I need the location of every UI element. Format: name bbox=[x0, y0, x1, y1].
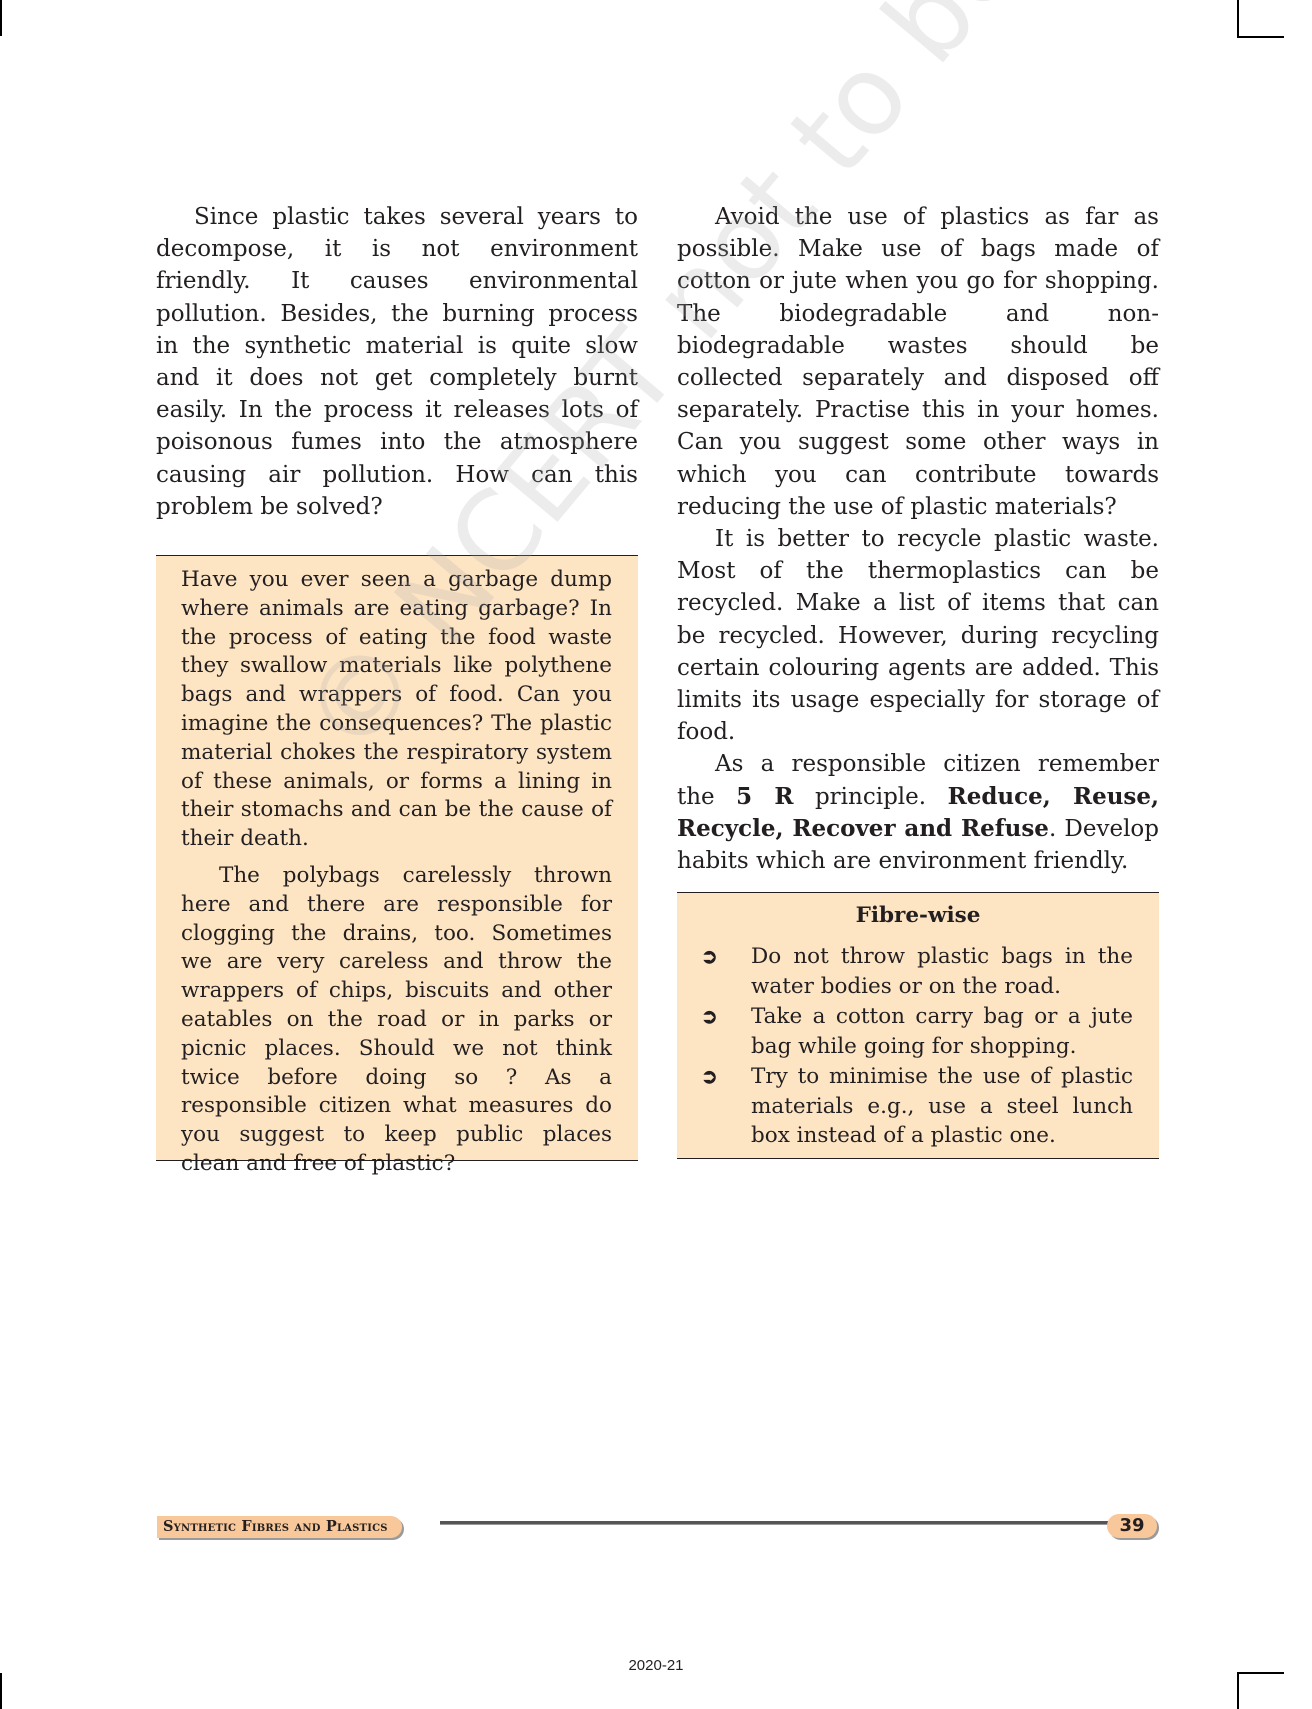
list-item-text: Take a cotton carry bag or a jute bag wh… bbox=[751, 1004, 1133, 1059]
list-item-text: Do not throw plastic bags in the water b… bbox=[751, 944, 1133, 999]
garbage-dump-box: Have you ever seen a garbage dump where … bbox=[156, 555, 638, 1161]
fibre-wise-box: Fibre-wise ➲Do not throw plastic bags in… bbox=[677, 892, 1159, 1159]
p3-text: principle. bbox=[793, 784, 947, 810]
left-column: Since plastic takes several years to dec… bbox=[156, 201, 638, 523]
fibre-wise-list: ➲Do not throw plastic bags in the water … bbox=[701, 942, 1133, 1152]
arrow-bullet-icon: ➲ bbox=[701, 1062, 718, 1092]
arrow-bullet-icon: ➲ bbox=[701, 1002, 718, 1032]
five-r-label: 5 R bbox=[736, 783, 793, 810]
arrow-bullet-icon: ➲ bbox=[701, 942, 718, 972]
right-column: Avoid the use of plastics as far as poss… bbox=[677, 201, 1159, 877]
page-number: 39 bbox=[1107, 1514, 1157, 1538]
list-item: ➲Do not throw plastic bags in the water … bbox=[701, 942, 1133, 1001]
edition-year: 2020-21 bbox=[0, 1657, 1312, 1674]
list-item: ➲Try to minimise the use of plastic mate… bbox=[701, 1062, 1133, 1151]
list-item-text: Try to minimise the use of plastic mater… bbox=[751, 1064, 1133, 1148]
fibre-wise-title: Fibre-wise bbox=[677, 903, 1159, 928]
crop-mark-top-right-h bbox=[1237, 36, 1284, 38]
chapter-title-tab: Synthetic Fibres and Plastics bbox=[157, 1516, 402, 1538]
crop-mark-bottom-left bbox=[0, 1673, 2, 1709]
right-paragraph-1: Avoid the use of plastics as far as poss… bbox=[677, 201, 1159, 523]
box-paragraph-2: The polybags carelessly thrown here and … bbox=[181, 862, 612, 1179]
crop-mark-top-right-v bbox=[1237, 0, 1239, 37]
right-paragraph-2: It is better to recycle plastic waste. M… bbox=[677, 523, 1159, 748]
right-paragraph-3: As a responsible citizen remember the 5 … bbox=[677, 748, 1159, 877]
box-paragraph-1: Have you ever seen a garbage dump where … bbox=[181, 566, 612, 854]
crop-mark-bottom-right-v bbox=[1237, 1672, 1239, 1709]
left-paragraph: Since plastic takes several years to dec… bbox=[156, 201, 638, 523]
crop-mark-top-left bbox=[0, 0, 2, 36]
footer-rule bbox=[440, 1521, 1155, 1525]
list-item: ➲Take a cotton carry bag or a jute bag w… bbox=[701, 1002, 1133, 1061]
